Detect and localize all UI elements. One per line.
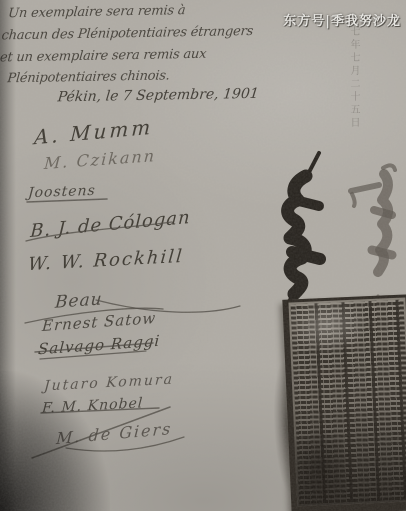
document-photo: Un exemplaire sera remis à chacun des Pl… <box>0 0 406 511</box>
signature-joostens: Joostens <box>27 183 96 201</box>
signature-beau: Beau <box>54 289 103 312</box>
signature-satow: Ernest Satow <box>42 309 157 335</box>
signature-raggi: Salvago Raggi <box>38 332 161 359</box>
watermark: 东方号|季我努沙龙 <box>283 10 401 29</box>
manuscript-line: Plénipotentiaires chinois. <box>7 68 171 86</box>
signature-rockhill: W. W. Rockhill <box>27 246 184 275</box>
signature-mumm: A. Mumm <box>34 115 154 150</box>
manuscript-line: Un exemplaire sera remis à <box>8 3 186 21</box>
calligraphy-mark-left-icon <box>286 153 320 304</box>
imperial-seal-stamp-icon <box>282 294 406 511</box>
seal-shading <box>288 297 406 506</box>
manuscript-text-block: Un exemplaire sera remis à chacun des Pl… <box>0 0 270 2</box>
vertical-chinese-date: 七年七月二十五日 <box>346 26 361 144</box>
corner-shadow <box>0 371 110 511</box>
manuscript-dateline: Pékin, le 7 Septembre, 1901 <box>57 86 260 106</box>
manuscript-line: et un exemplaire sera remis aux <box>0 47 207 66</box>
signature-cologan: B. J. de Cólogan <box>30 207 191 242</box>
calligraphy-mark-right-icon <box>351 165 395 312</box>
manuscript-line: chacun des Plénipotentiaires étrangers <box>1 24 254 43</box>
signature-czikann: M. Czikann <box>43 146 156 173</box>
